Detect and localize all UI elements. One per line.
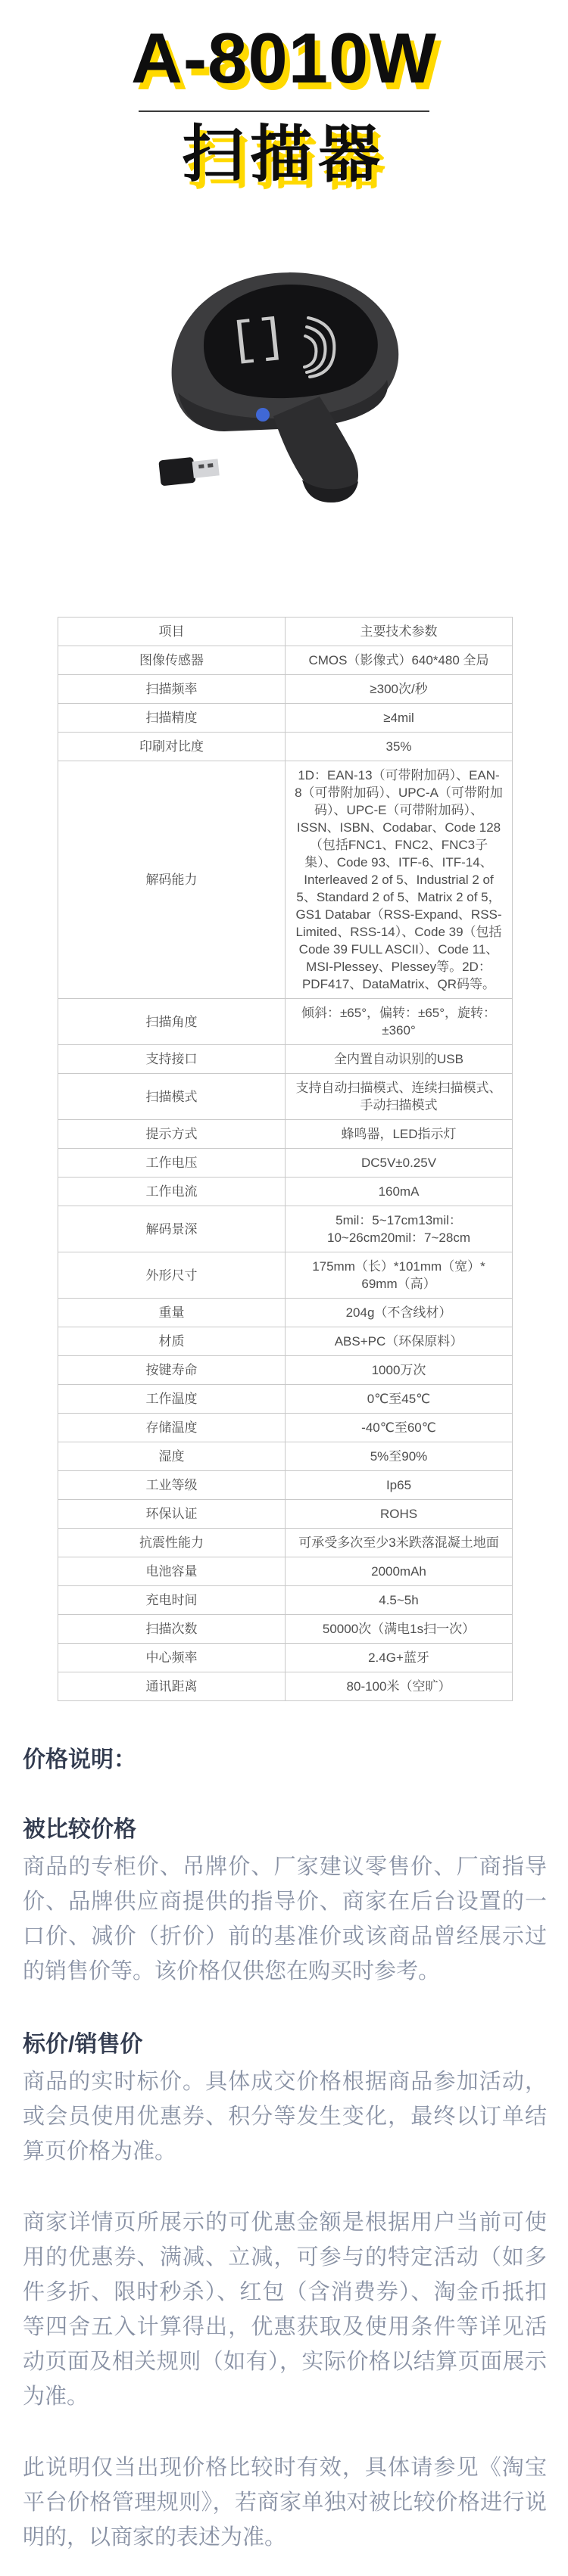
table-row: 解码景深5mil：5~17cm13mil：10~26cm20mil：7~28cm bbox=[58, 1206, 513, 1252]
price-note-list-price: 标价/销售价 商品的实时标价。具体成交价格根据商品参加活动，或会员使用优惠券、积… bbox=[23, 2031, 547, 2169]
table-row: 工作电压DC5V±0.25V bbox=[58, 1149, 513, 1178]
spec-value-cell: 1000万次 bbox=[286, 1356, 513, 1385]
spec-item-cell: 抗震性能力 bbox=[58, 1529, 286, 1557]
table-row: 抗震性能力可承受多次至少3米跌落混凝土地面 bbox=[58, 1529, 513, 1557]
table-header-row: 项目 主要技术参数 bbox=[58, 618, 513, 646]
note-body-validity: 此说明仅当出现价格比较时有效，具体请参见《淘宝平台价格管理规则》，若商家单独对被… bbox=[23, 2450, 547, 2555]
spec-item-cell: 通讯距离 bbox=[58, 1672, 286, 1701]
table-row: 湿度5%至90% bbox=[58, 1442, 513, 1471]
spec-value-cell: Ip65 bbox=[286, 1471, 513, 1500]
product-type-title: 扫描器 bbox=[182, 124, 386, 186]
table-row: 重量204g（不含线材） bbox=[58, 1299, 513, 1327]
spec-value-cell: 0℃至45℃ bbox=[286, 1385, 513, 1414]
note-body-discount: 商家详情页所展示的可优惠金额是根据用户当前可使用的优惠券、满减、立减，可参与的特… bbox=[23, 2205, 547, 2414]
table-row: 存储温度-40℃至60℃ bbox=[58, 1414, 513, 1442]
spec-item-cell: 按键寿命 bbox=[58, 1356, 286, 1385]
note-body-list-price: 商品的实时标价。具体成交价格根据商品参加活动，或会员使用优惠券、积分等发生变化，… bbox=[23, 2064, 547, 2169]
table-row: 解码能力1D：EAN-13（可带附加码）、EAN-8（可带附加码）、UPC-A（… bbox=[58, 761, 513, 999]
price-note-validity: 此说明仅当出现价格比较时有效，具体请参见《淘宝平台价格管理规则》，若商家单独对被… bbox=[23, 2450, 547, 2555]
spec-value-cell: 50000次（满电1s扫一次） bbox=[286, 1615, 513, 1644]
spec-item-cell: 解码能力 bbox=[58, 761, 286, 999]
spec-table: 项目 主要技术参数 图像传感器CMOS（影像式）640*480 全局扫描频率≥3… bbox=[58, 617, 513, 1701]
table-row: 中心频率2.4G+蓝牙 bbox=[58, 1644, 513, 1672]
table-row: 提示方式蜂鸣器，LED指示灯 bbox=[58, 1120, 513, 1149]
spec-value-cell: 倾斜：±65°，偏转：±65°，旋转：±360° bbox=[286, 999, 513, 1045]
table-row: 充电时间4.5~5h bbox=[58, 1586, 513, 1615]
table-row: 工作温度0℃至45℃ bbox=[58, 1385, 513, 1414]
spec-value-cell: 80-100米（空旷） bbox=[286, 1672, 513, 1701]
table-row: 按键寿命1000万次 bbox=[58, 1356, 513, 1385]
spec-item-cell: 材质 bbox=[58, 1327, 286, 1356]
table-row: 工业等级Ip65 bbox=[58, 1471, 513, 1500]
table-row: 扫描频率≥300次/秒 bbox=[58, 675, 513, 704]
table-row: 电池容量2000mAh bbox=[58, 1557, 513, 1586]
spec-item-cell: 工作温度 bbox=[58, 1385, 286, 1414]
spec-item-cell: 电池容量 bbox=[58, 1557, 286, 1586]
spec-value-cell: ROHS bbox=[286, 1500, 513, 1529]
usb-dongle bbox=[158, 454, 220, 486]
table-row: 图像传感器CMOS（影像式）640*480 全局 bbox=[58, 646, 513, 675]
spec-value-cell: 35% bbox=[286, 733, 513, 761]
spec-item-cell: 充电时间 bbox=[58, 1586, 286, 1615]
spec-table-body: 图像传感器CMOS（影像式）640*480 全局扫描频率≥300次/秒扫描精度≥… bbox=[58, 646, 513, 1701]
spec-col-header-params: 主要技术参数 bbox=[286, 618, 513, 646]
spec-value-cell: 2.4G+蓝牙 bbox=[286, 1644, 513, 1672]
spec-value-cell: 5mil：5~17cm13mil：10~26cm20mil：7~28cm bbox=[286, 1206, 513, 1252]
spec-item-cell: 工业等级 bbox=[58, 1471, 286, 1500]
price-notes-title: 价格说明： bbox=[23, 1747, 547, 1774]
spec-value-cell: 全内置自动识别的USB bbox=[286, 1045, 513, 1074]
scanner-product-image: [] bbox=[133, 253, 435, 502]
spec-col-header-item: 项目 bbox=[58, 618, 286, 646]
spec-item-cell: 中心频率 bbox=[58, 1644, 286, 1672]
spec-value-cell: 204g（不含线材） bbox=[286, 1299, 513, 1327]
spec-value-cell: 5%至90% bbox=[286, 1442, 513, 1471]
spec-value-cell: 175mm（长）*101mm（宽）* 69mm（高） bbox=[286, 1252, 513, 1299]
spec-value-cell: -40℃至60℃ bbox=[286, 1414, 513, 1442]
spec-item-cell: 解码景深 bbox=[58, 1206, 286, 1252]
table-row: 印刷对比度35% bbox=[58, 733, 513, 761]
title-divider bbox=[139, 110, 429, 112]
spec-value-cell: 4.5~5h bbox=[286, 1586, 513, 1615]
spec-item-cell: 外形尺寸 bbox=[58, 1252, 286, 1299]
table-row: 外形尺寸175mm（长）*101mm（宽）* 69mm（高） bbox=[58, 1252, 513, 1299]
table-row: 扫描次数50000次（满电1s扫一次） bbox=[58, 1615, 513, 1644]
scanner-trigger-indicator bbox=[256, 408, 270, 422]
spec-item-cell: 图像传感器 bbox=[58, 646, 286, 675]
spec-value-cell: CMOS（影像式）640*480 全局 bbox=[286, 646, 513, 675]
spec-item-cell: 提示方式 bbox=[58, 1120, 286, 1149]
note-body-compared-price: 商品的专柜价、吊牌价、厂家建议零售价、厂商指导价、品牌供应商提供的指导价、商家在… bbox=[23, 1850, 547, 1989]
table-row: 环保认证ROHS bbox=[58, 1500, 513, 1529]
table-row: 工作电流160mA bbox=[58, 1178, 513, 1206]
spec-item-cell: 扫描精度 bbox=[58, 704, 286, 733]
spec-value-cell: ≥300次/秒 bbox=[286, 675, 513, 704]
spec-item-cell: 支持接口 bbox=[58, 1045, 286, 1074]
spec-item-cell: 扫描次数 bbox=[58, 1615, 286, 1644]
spec-item-cell: 扫描角度 bbox=[58, 999, 286, 1045]
spec-value-cell: 可承受多次至少3米跌落混凝土地面 bbox=[286, 1529, 513, 1557]
table-row: 扫描精度≥4mil bbox=[58, 704, 513, 733]
title-block: A-8010W 扫描器 bbox=[0, 0, 568, 186]
product-image-area: [] bbox=[0, 253, 568, 506]
spec-value-cell: 160mA bbox=[286, 1178, 513, 1206]
spec-item-cell: 工作电压 bbox=[58, 1149, 286, 1178]
scanner-bracket-logo-icon: [] bbox=[227, 310, 289, 369]
note-heading-compared-price: 被比较价格 bbox=[23, 1816, 547, 1843]
table-row: 支持接口全内置自动识别的USB bbox=[58, 1045, 513, 1074]
price-notes-section: 价格说明： 被比较价格 商品的专柜价、吊牌价、厂家建议零售价、厂商指导价、品牌供… bbox=[23, 1747, 547, 2576]
table-row: 扫描角度倾斜：±65°，偏转：±65°，旋转：±360° bbox=[58, 999, 513, 1045]
spec-value-cell: ABS+PC（环保原料） bbox=[286, 1327, 513, 1356]
spec-value-cell: 1D：EAN-13（可带附加码）、EAN-8（可带附加码）、UPC-A（可带附加… bbox=[286, 761, 513, 999]
price-note-compared: 被比较价格 商品的专柜价、吊牌价、厂家建议零售价、厂商指导价、品牌供应商提供的指… bbox=[23, 1816, 547, 1989]
note-heading-list-price: 标价/销售价 bbox=[23, 2031, 547, 2058]
spec-value-cell: DC5V±0.25V bbox=[286, 1149, 513, 1178]
spec-item-cell: 环保认证 bbox=[58, 1500, 286, 1529]
spec-value-cell: 蜂鸣器，LED指示灯 bbox=[286, 1120, 513, 1149]
spec-item-cell: 工作电流 bbox=[58, 1178, 286, 1206]
spec-item-cell: 印刷对比度 bbox=[58, 733, 286, 761]
table-row: 材质ABS+PC（环保原料） bbox=[58, 1327, 513, 1356]
table-row: 扫描模式支持自动扫描模式、连续扫描模式、手动扫描模式 bbox=[58, 1074, 513, 1120]
spec-value-cell: 支持自动扫描模式、连续扫描模式、手动扫描模式 bbox=[286, 1074, 513, 1120]
table-row: 通讯距离80-100米（空旷） bbox=[58, 1672, 513, 1701]
product-detail-page: A-8010W 扫描器 [] bbox=[0, 0, 568, 2576]
spec-item-cell: 存储温度 bbox=[58, 1414, 286, 1442]
spec-item-cell: 湿度 bbox=[58, 1442, 286, 1471]
spec-item-cell: 扫描频率 bbox=[58, 675, 286, 704]
spec-table-head: 项目 主要技术参数 bbox=[58, 618, 513, 646]
spec-value-cell: 2000mAh bbox=[286, 1557, 513, 1586]
spec-item-cell: 重量 bbox=[58, 1299, 286, 1327]
price-note-discount: 商家详情页所展示的可优惠金额是根据用户当前可使用的优惠券、满减、立减，可参与的特… bbox=[23, 2205, 547, 2414]
product-model-title: A-8010W bbox=[131, 23, 437, 94]
spec-value-cell: ≥4mil bbox=[286, 704, 513, 733]
spec-item-cell: 扫描模式 bbox=[58, 1074, 286, 1120]
